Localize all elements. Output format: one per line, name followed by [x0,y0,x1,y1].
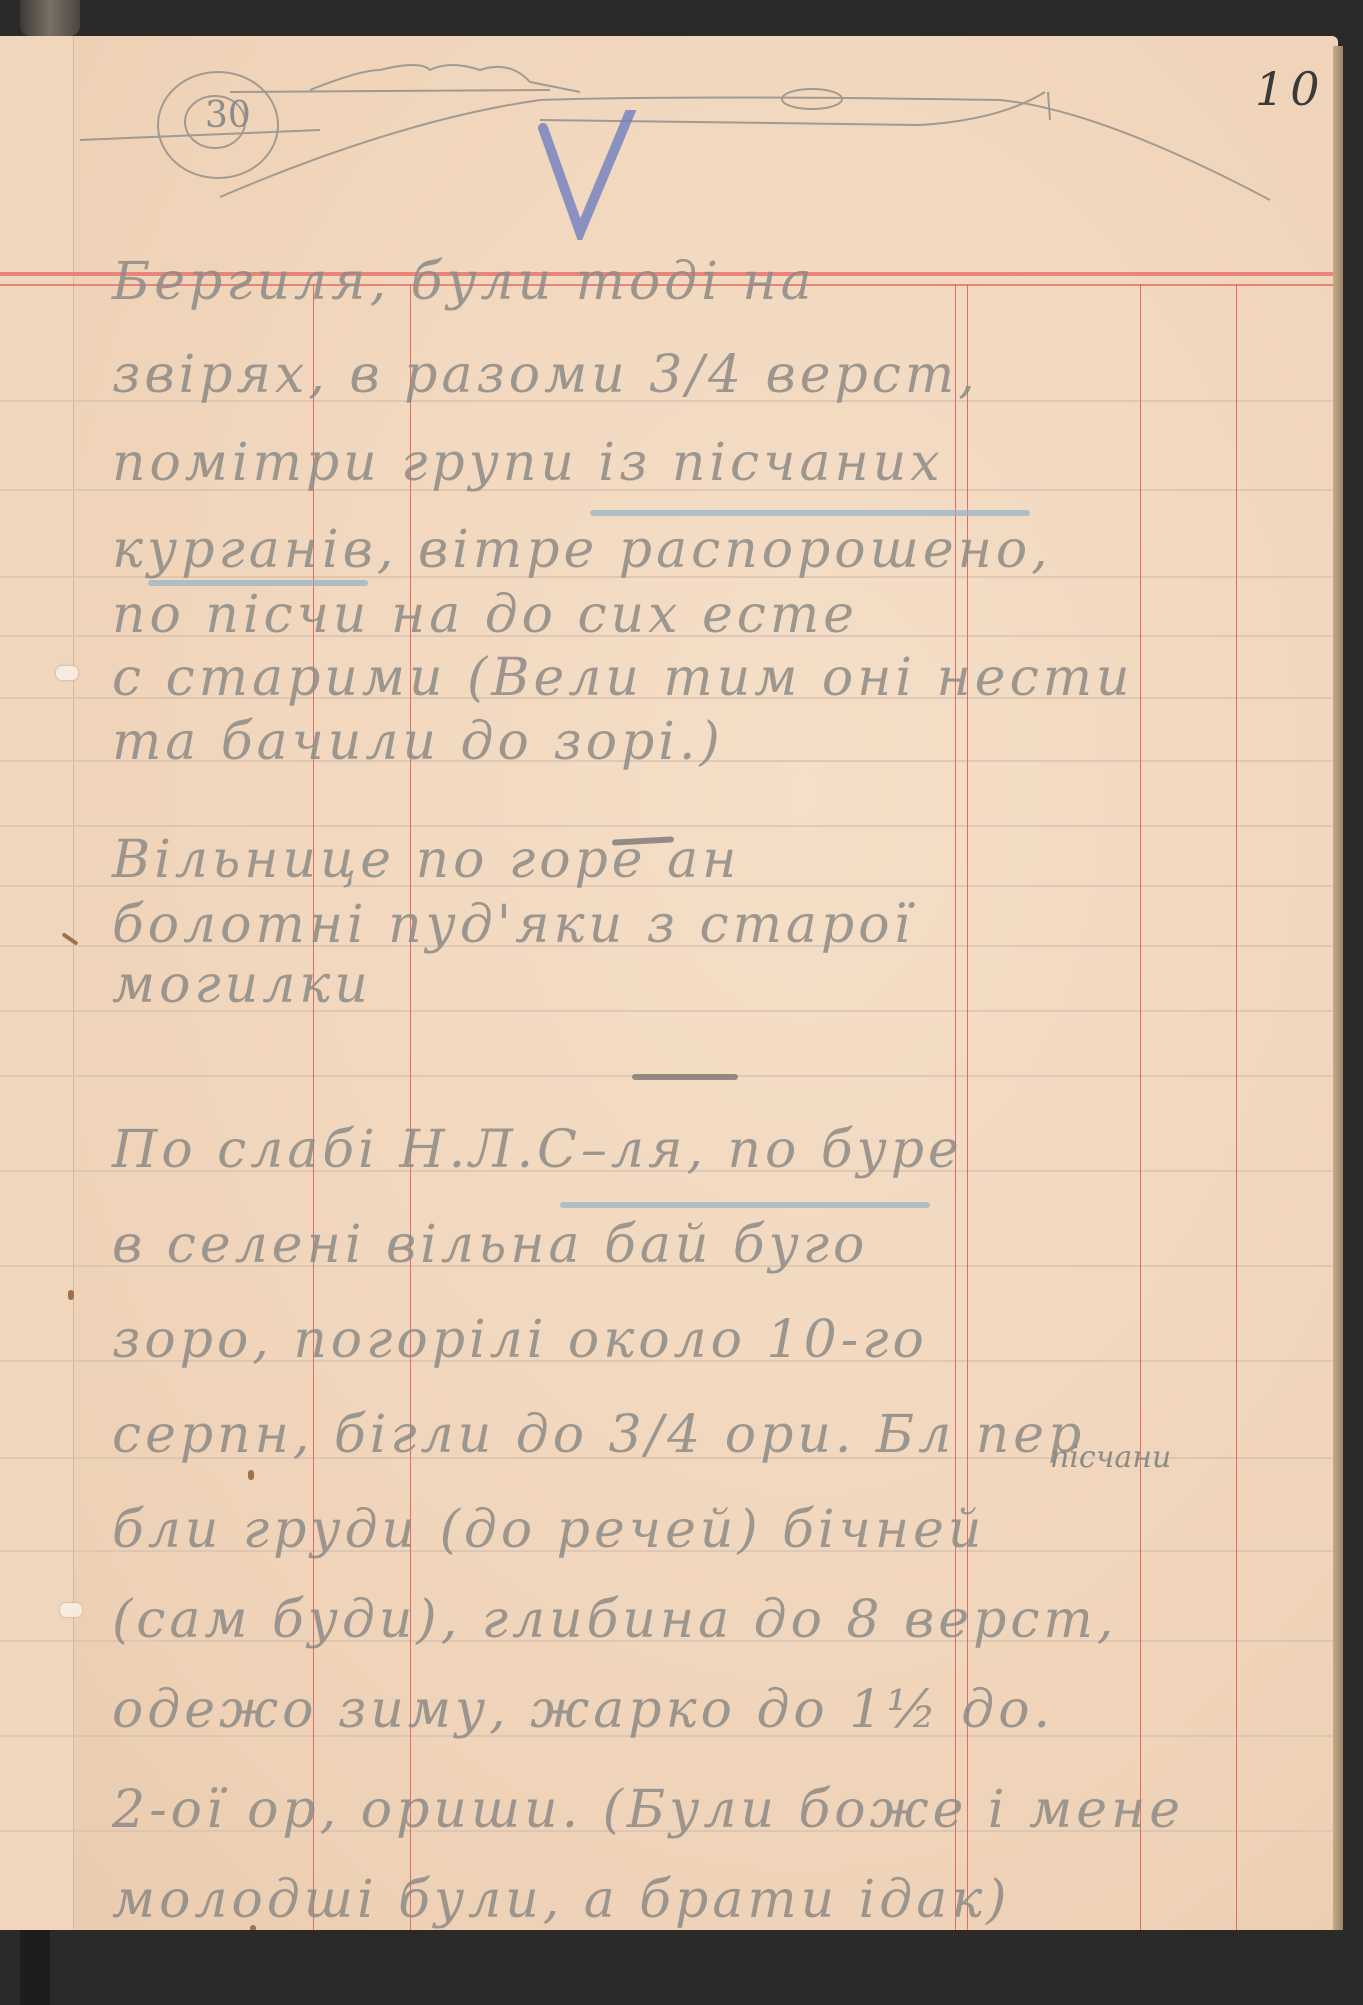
handwritten-line: зоро, погорілі около 10-го [112,1310,1292,1370]
handwritten-line: 2-ої ор, ориши. (Були боже і мене [112,1780,1292,1840]
sketch-circle-label: 30 [205,95,251,136]
page-number: 10 [1255,62,1326,116]
handwritten-line: та бачили до зорі.) [112,712,1292,772]
scan-background-right [1343,0,1363,2005]
left-margin-strip [0,36,74,1930]
scan-background-bottom [0,1930,1363,2005]
handwritten-line: По слабі Н.Л.С–ля, по буре [112,1120,1292,1180]
ruling-line [0,825,1333,827]
stain-mark [68,1290,74,1300]
interlinear-note: пісчани [1050,1440,1171,1475]
handwritten-line: Бергиля, були тоді на [112,252,1292,312]
handwritten-line: по пісчи на до сих есте [112,585,1292,645]
handwritten-line: с старими (Вели тим оні нести [112,648,1292,708]
punch-hole [56,666,78,680]
punch-hole [60,1603,82,1617]
blue-underline [148,580,368,586]
handwritten-line: звірях, в разоми 3/4 верст, [112,345,1292,405]
notebook-binding-bottom [20,1930,50,2005]
handwritten-line: могилки [112,955,1292,1015]
blue-underline [590,510,1030,516]
blue-underline [560,1202,930,1208]
handwritten-line: бли груди (до речей) бічней [112,1500,1292,1560]
handwritten-line: Вільнице по горе ан [112,830,1292,890]
handwritten-line: помітри групи із пісчаних [112,433,1292,493]
handwritten-line: одежо зиму, жарко до 1½ до. [112,1680,1292,1740]
page-edge-stack [1333,46,1343,1936]
handwritten-line: (сам буди), глибина до 8 верст, [112,1590,1292,1650]
handwritten-line: курганів, вітре распорошено, [112,520,1292,580]
handwritten-line: в селені вільна бай буго [112,1215,1292,1275]
blue-check-mark-icon [535,110,655,240]
separator-dash [632,1074,738,1080]
handwritten-line: болотні пуд'яки з старої [112,895,1292,955]
stain-mark [248,1470,254,1480]
page-fold-line [73,36,74,1930]
handwritten-line: молодші були, а брати ідак) [112,1870,1292,1930]
